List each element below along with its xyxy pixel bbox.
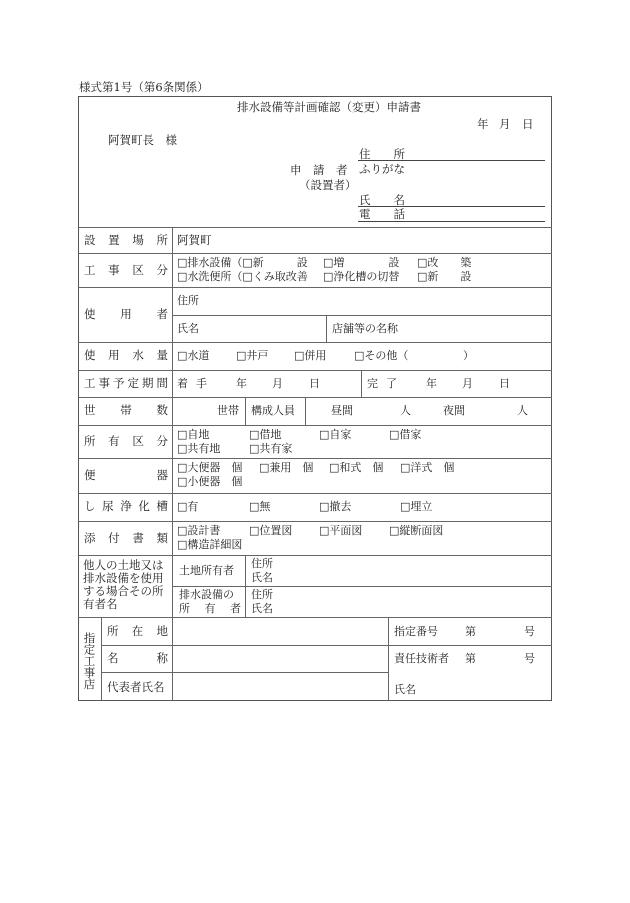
contractor-name-field[interactable] (177, 653, 382, 667)
households-label: 世帯数 (84, 405, 168, 417)
engineer-label: 責任技術者 (394, 653, 449, 664)
attach-location-map-checkbox[interactable]: □位置図 (249, 525, 292, 536)
daytime-unit[interactable]: 人 (400, 405, 411, 416)
attach-plan-checkbox[interactable]: □平面図 (319, 525, 362, 536)
nighttime-label: 夜間 (443, 405, 465, 416)
user-address[interactable]: 住所 (177, 295, 199, 306)
land-owner-address[interactable]: 住所 (251, 558, 273, 569)
toilets-label: 便器 (84, 470, 168, 482)
septic-label: し尿浄化槽 (84, 501, 168, 513)
work-type-drain-rebuild[interactable]: □改 築 (417, 257, 471, 268)
others-land-label: 他人の土地又は 排水設備を使用 する場合その所 有者名 (83, 559, 164, 611)
schedule-start-1: 着 (177, 378, 188, 389)
ownership-rented-house[interactable]: □借家 (389, 429, 421, 440)
water-well-checkbox[interactable]: □井戸 (236, 350, 268, 361)
land-owner-label: 土地所有者 (179, 565, 234, 576)
form-number: 様式第1号（第6条関係） (79, 82, 209, 94)
schedule-end-2: 了 (386, 378, 397, 389)
applicant-address-label: 住 所 (359, 149, 405, 161)
ownership-shared-land[interactable]: □共有地 (177, 443, 220, 454)
schedule-end-year[interactable]: 年 (426, 378, 437, 389)
designation-dai[interactable]: 第 (465, 626, 476, 637)
toilet-urinal-checkbox[interactable]: □小便器 個 (177, 476, 242, 487)
daytime-label: 昼間 (331, 405, 353, 416)
facility-owner-address[interactable]: 住所 (251, 589, 273, 600)
ownership-shared-house[interactable]: □共有家 (249, 443, 292, 454)
engineer-name-label[interactable]: 氏名 (394, 684, 416, 695)
septic-no-checkbox[interactable]: □無 (249, 501, 270, 512)
members-label: 構成人員 (251, 405, 295, 416)
nighttime-unit[interactable]: 人 (517, 405, 528, 416)
engineer-go: 号 (524, 653, 535, 664)
ownership-label: 所有区分 (84, 436, 168, 448)
contractor-vertical-label: 指定工事店 (83, 632, 95, 690)
engineer-dai[interactable]: 第 (465, 653, 476, 664)
applicant-sublabel: （設置者） (299, 180, 357, 192)
ownership-leased-land[interactable]: □借地 (249, 429, 281, 440)
attach-section-checkbox[interactable]: □縦断面図 (389, 525, 443, 536)
applicant-address-field[interactable] (358, 160, 545, 161)
water-label: 使用水量 (84, 350, 168, 362)
schedule-start-month[interactable]: 月 (272, 378, 283, 389)
work-type-toilet-improve[interactable]: □水洗便所（□くみ取改善 (177, 271, 308, 282)
work-type-toilet-switch[interactable]: □浄化槽の切替 (323, 271, 399, 282)
contractor-rep-field[interactable] (177, 680, 382, 694)
designation-go: 号 (524, 626, 535, 637)
land-owner-name[interactable]: 氏名 (251, 572, 273, 583)
facility-owner-name[interactable]: 氏名 (251, 603, 273, 614)
form-title: 排水設備等計画確認（変更）申請書 (237, 102, 421, 114)
location-label: 設置場所 (84, 235, 168, 247)
user-store-name[interactable]: 店舗等の名称 (332, 323, 398, 334)
addressee: 阿賀町長 様 (108, 135, 177, 147)
schedule-end-1: 完 (367, 378, 378, 389)
work-type-drain-expand[interactable]: □増 設 (323, 257, 399, 268)
schedule-end-month[interactable]: 月 (462, 378, 473, 389)
septic-yes-checkbox[interactable]: □有 (177, 501, 198, 512)
schedule-start-day[interactable]: 日 (309, 378, 320, 389)
work-type-label: 工事区分 (84, 265, 168, 277)
date-day: 日 (522, 119, 534, 131)
applicant-name-label: 氏 名 (359, 195, 405, 207)
water-both-checkbox[interactable]: □併用 (294, 350, 326, 361)
schedule-label: 工事予定期間 (84, 378, 168, 390)
applicant-label: 申 請 者 (290, 165, 348, 177)
user-label: 使用者 (84, 309, 168, 321)
attach-design-checkbox[interactable]: □設計書 (177, 525, 220, 536)
contractor-location-field[interactable] (177, 626, 382, 640)
toilet-japanese-checkbox[interactable]: □和式 個 (329, 462, 383, 473)
toilet-dual-checkbox[interactable]: □兼用 個 (259, 462, 313, 473)
schedule-end-day[interactable]: 日 (499, 378, 510, 389)
location-value[interactable]: 阿賀町 (177, 235, 212, 247)
contractor-location-label: 所在地 (107, 626, 168, 638)
applicant-phone-field[interactable] (358, 221, 545, 222)
water-other-close: ） (463, 350, 474, 361)
toilet-western-checkbox[interactable]: □洋式 個 (400, 462, 454, 473)
date-year: 年 (477, 119, 489, 131)
attachments-label: 添付書類 (84, 533, 168, 545)
applicant-phone-label: 電 話 (359, 209, 405, 221)
work-type-toilet-new[interactable]: □新 設 (417, 271, 471, 282)
ownership-own-land[interactable]: □自地 (177, 429, 209, 440)
work-type-drain-new[interactable]: □排水設備（□新 設 (177, 257, 308, 268)
households-unit[interactable]: 世帯 (217, 405, 239, 416)
septic-remove-checkbox[interactable]: □撤去 (319, 501, 351, 512)
contractor-rep-label: 代表者氏名 (107, 682, 165, 694)
date-month: 月 (499, 119, 511, 131)
septic-fill-checkbox[interactable]: □埋立 (400, 501, 432, 512)
water-tap-checkbox[interactable]: □水道 (177, 350, 209, 361)
schedule-start-2: 手 (196, 378, 207, 389)
toilet-large-checkbox[interactable]: □大便器 個 (177, 462, 242, 473)
facility-owner-label-2: 所有者 (179, 603, 241, 614)
designation-number-label: 指定番号 (394, 626, 438, 637)
attach-detail-checkbox[interactable]: □構造詳細図 (177, 539, 242, 550)
applicant-furigana-label: ふりがな (359, 164, 405, 176)
contractor-name-label: 名称 (107, 653, 168, 665)
user-name[interactable]: 氏名 (177, 323, 199, 334)
ownership-own-house[interactable]: □自家 (319, 429, 351, 440)
water-other-checkbox[interactable]: □その他（ (354, 350, 408, 361)
schedule-start-year[interactable]: 年 (236, 378, 247, 389)
facility-owner-label-1: 排水設備の (179, 589, 234, 600)
